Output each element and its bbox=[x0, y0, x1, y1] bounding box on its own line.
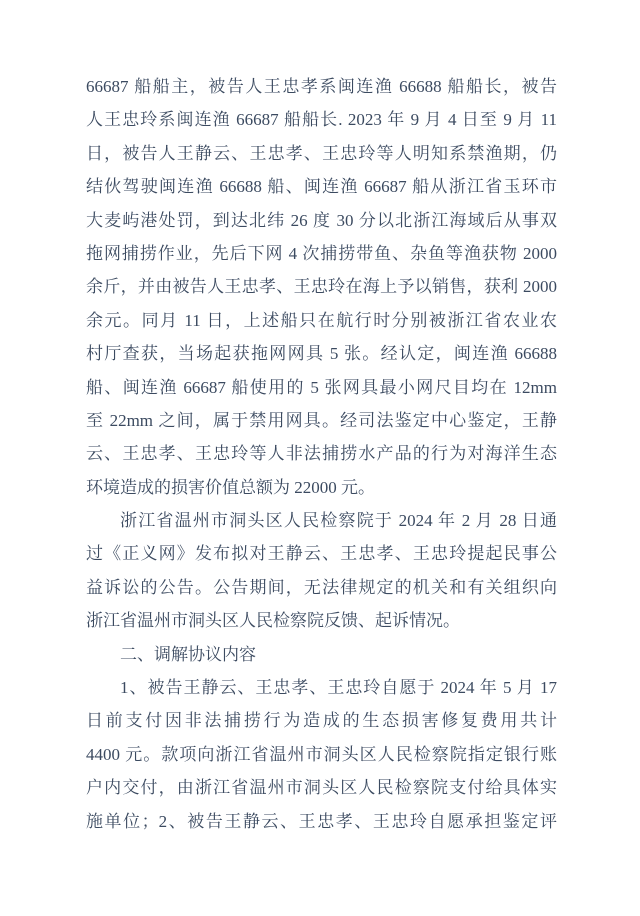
text-line: 户内交付，由浙江省温州市洞头区人民检察院支付给具体实 bbox=[86, 771, 557, 804]
document-text-block: 66687 船船主，被告人王忠孝系闽连渔 66688 船船长，被告 人王忠玲系闽… bbox=[86, 70, 557, 838]
text-line: 结伙驾驶闽连渔 66688 船、闽连渔 66687 船从浙江省玉环市 bbox=[86, 170, 557, 203]
text-line: 大麦屿港处罚，到达北纬 26 度 30 分以北浙江海域后从事双 bbox=[86, 204, 557, 237]
text-line: 施单位；2、被告王静云、王忠孝、王忠玲自愿承担鉴定评 bbox=[86, 805, 557, 838]
paragraph-end-line: 浙江省温州市洞头区人民检察院反馈、起诉情况。 bbox=[86, 604, 557, 637]
text-line: 拖网捕捞作业，先后下网 4 次捕捞带鱼、杂鱼等渔获物 2000 bbox=[86, 237, 557, 270]
text-line: 日前支付因非法捕捞行为造成的生态损害修复费用共计 bbox=[86, 704, 557, 737]
paragraph-start-line: 浙江省温州市洞头区人民检察院于 2024 年 2 月 28 日通 bbox=[86, 504, 557, 537]
text-line: 日，被告人王静云、王忠孝、王忠玲等人明知系禁渔期，仍 bbox=[86, 137, 557, 170]
text-line: 益诉讼的公告。公告期间，无法律规定的机关和有关组织向 bbox=[86, 571, 557, 604]
text-line: 4400 元。款项向浙江省温州市洞头区人民检察院指定银行账 bbox=[86, 738, 557, 771]
text-line: 余斤，并由被告人王忠孝、王忠玲在海上予以销售，获利 2000 bbox=[86, 270, 557, 303]
document-page: 66687 船船主，被告人王忠孝系闽连渔 66688 船船长，被告 人王忠玲系闽… bbox=[0, 0, 640, 916]
text-line: 船、闽连渔 66687 船使用的 5 张网具最小网尺目均在 12mm bbox=[86, 371, 557, 404]
text-line: 66687 船船主，被告人王忠孝系闽连渔 66688 船船长，被告 bbox=[86, 70, 557, 103]
text-line: 余元。同月 11 日，上述船只在航行时分别被浙江省农业农 bbox=[86, 304, 557, 337]
text-line: 至 22mm 之间，属于禁用网具。经司法鉴定中心鉴定，王静 bbox=[86, 404, 557, 437]
text-line: 过《正义网》发布拟对王静云、王忠孝、王忠玲提起民事公 bbox=[86, 537, 557, 570]
text-line: 云、王忠孝、王忠玲等人非法捕捞水产品的行为对海洋生态 bbox=[86, 437, 557, 470]
paragraph-start-line: 1、被告王静云、王忠孝、王忠玲自愿于 2024 年 5 月 17 bbox=[86, 671, 557, 704]
text-line: 村厅查获，当场起获拖网网具 5 张。经认定，闽连渔 66688 bbox=[86, 337, 557, 370]
text-line: 人王忠玲系闽连渔 66687 船船长. 2023 年 9 月 4 日至 9 月 … bbox=[86, 103, 557, 136]
section-heading-mediation-content: 二、调解协议内容 bbox=[86, 638, 557, 671]
paragraph-end-line: 环境造成的损害价值总额为 22000 元。 bbox=[86, 471, 557, 504]
